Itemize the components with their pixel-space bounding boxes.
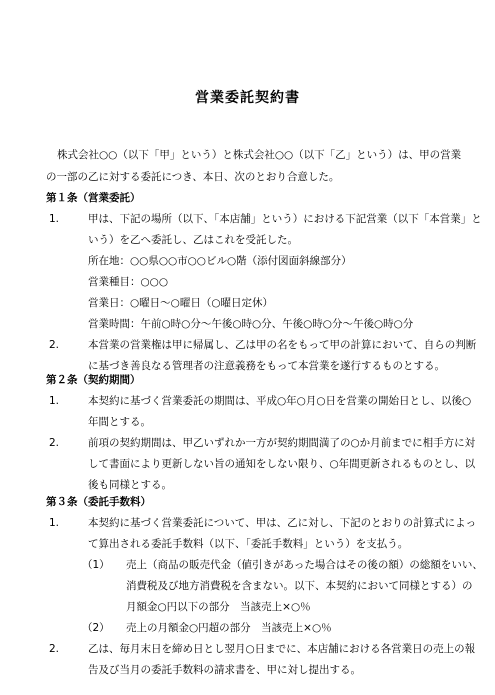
clause-line: 甲は、下記の場所（以下、「本店舗」という）における下記営業（以下「本営業」と xyxy=(88,209,466,230)
sub-clause-number: （2） xyxy=(82,618,110,639)
clause-line: 年間とする。 xyxy=(88,412,466,433)
clause-line: いう）を乙へ委託し、乙はこれを受託した。 xyxy=(88,230,466,251)
clause-line: 所在地：○○県○○市○○ビル○階（添付図面斜線部分） xyxy=(88,251,466,272)
intro-paragraph: 株式会社○○（以下「甲」という）と株式会社○○（以下「乙」という）は、甲の営業 … xyxy=(46,144,456,188)
article-heading: 第１条（営業委託） xyxy=(46,188,466,209)
clause-number: 1. xyxy=(49,391,79,412)
sub-clause-item: （2） 売上の月額金○円超の部分 当該売上×○％ xyxy=(46,618,466,639)
sub-clause-line: 売上の月額金○円超の部分 当該売上×○％ xyxy=(126,618,466,639)
clause-item: 2. 乙は、毎月末日を締め日とし翌月○日までに、本店舗における各営業日の売上の報… xyxy=(46,639,466,681)
clause-line: 本契約に基づく営業委託について、甲は、乙に対し、下記のとおりの計算式によっ xyxy=(88,513,466,534)
sub-clause-item: （1） 売上（商品の販売代金（値引きがあった場合はその後の額）の総額をいい、 消… xyxy=(46,555,466,618)
clause-line: 告及び当月の委託手数料の請求書を、甲に対し提出する。 xyxy=(88,660,466,681)
sub-clause-line: 売上（商品の販売代金（値引きがあった場合はその後の額）の総額をいい、 xyxy=(126,555,466,576)
sub-clause-number: （1） xyxy=(82,555,110,576)
clause-line: して書面により更新しない旨の通知をしない限り、○年間更新されるものとし、以 xyxy=(88,454,466,475)
clause-line: 営業時間：午前○時○分～午後○時○分、午後○時○分～午後○時○分 xyxy=(88,314,466,335)
clause-number: 1. xyxy=(49,209,79,230)
clause-line: 前項の契約期間は、甲乙いずれか一方が契約期間満了の○か月前までに相手方に対 xyxy=(88,433,466,454)
intro-line: の一部の乙に対する委託につき、本日、次のとおり合意した。 xyxy=(46,166,456,188)
clause-number: 2. xyxy=(49,335,79,356)
clause-line: 乙は、毎月末日を締め日とし翌月○日までに、本店舗における各営業日の売上の報 xyxy=(88,639,466,660)
clause-number: 2. xyxy=(49,639,79,660)
clause-line: 本営業の営業権は甲に帰属し、乙は甲の名をもって甲の計算において、自らの判断 xyxy=(88,335,466,356)
document-page: 営業委託契約書 株式会社○○（以下「甲」という）と株式会社○○（以下「乙」という… xyxy=(0,0,495,695)
sub-clause-line: 月額金○円以下の部分 当該売上×○％ xyxy=(126,597,466,618)
article-2: 第２条（契約期間） 1. 本契約に基づく営業委託の期間は、平成○年○月○日を営業… xyxy=(46,370,466,496)
document-title: 営業委託契約書 xyxy=(0,89,495,107)
article-1: 第１条（営業委託） 1. 甲は、下記の場所（以下、「本店舗」という）における下記… xyxy=(46,188,466,377)
sub-clause-line: 消費税及び地方消費税を含まない。以下、本契約において同様とする）の xyxy=(126,576,466,597)
clause-line: 営業種目：○○○ xyxy=(88,272,466,293)
article-3: 第３条（委託手数料） 1. 本契約に基づく営業委託について、甲は、乙に対し、下記… xyxy=(46,492,466,681)
clause-line: 営業日：○曜日～○曜日（○曜日定休） xyxy=(88,293,466,314)
clause-item: 2. 前項の契約期間は、甲乙いずれか一方が契約期間満了の○か月前までに相手方に対… xyxy=(46,433,466,496)
clause-item: 1. 本契約に基づく営業委託について、甲は、乙に対し、下記のとおりの計算式によっ… xyxy=(46,513,466,639)
clause-item: 1. 本契約に基づく営業委託の期間は、平成○年○月○日を営業の開始日とし、以後○… xyxy=(46,391,466,433)
intro-line: 株式会社○○（以下「甲」という）と株式会社○○（以下「乙」という）は、甲の営業 xyxy=(46,144,456,166)
clause-number: 1. xyxy=(49,513,79,534)
article-heading: 第２条（契約期間） xyxy=(46,370,466,391)
clause-item: 1. 甲は、下記の場所（以下、「本店舗」という）における下記営業（以下「本営業」… xyxy=(46,209,466,335)
article-heading: 第３条（委託手数料） xyxy=(46,492,466,513)
clause-line: て算出される委託手数料（以下、「委託手数料」という）を支払う。 xyxy=(88,534,466,555)
clause-line: 本契約に基づく営業委託の期間は、平成○年○月○日を営業の開始日とし、以後○ xyxy=(88,391,466,412)
clause-number: 2. xyxy=(49,433,79,454)
